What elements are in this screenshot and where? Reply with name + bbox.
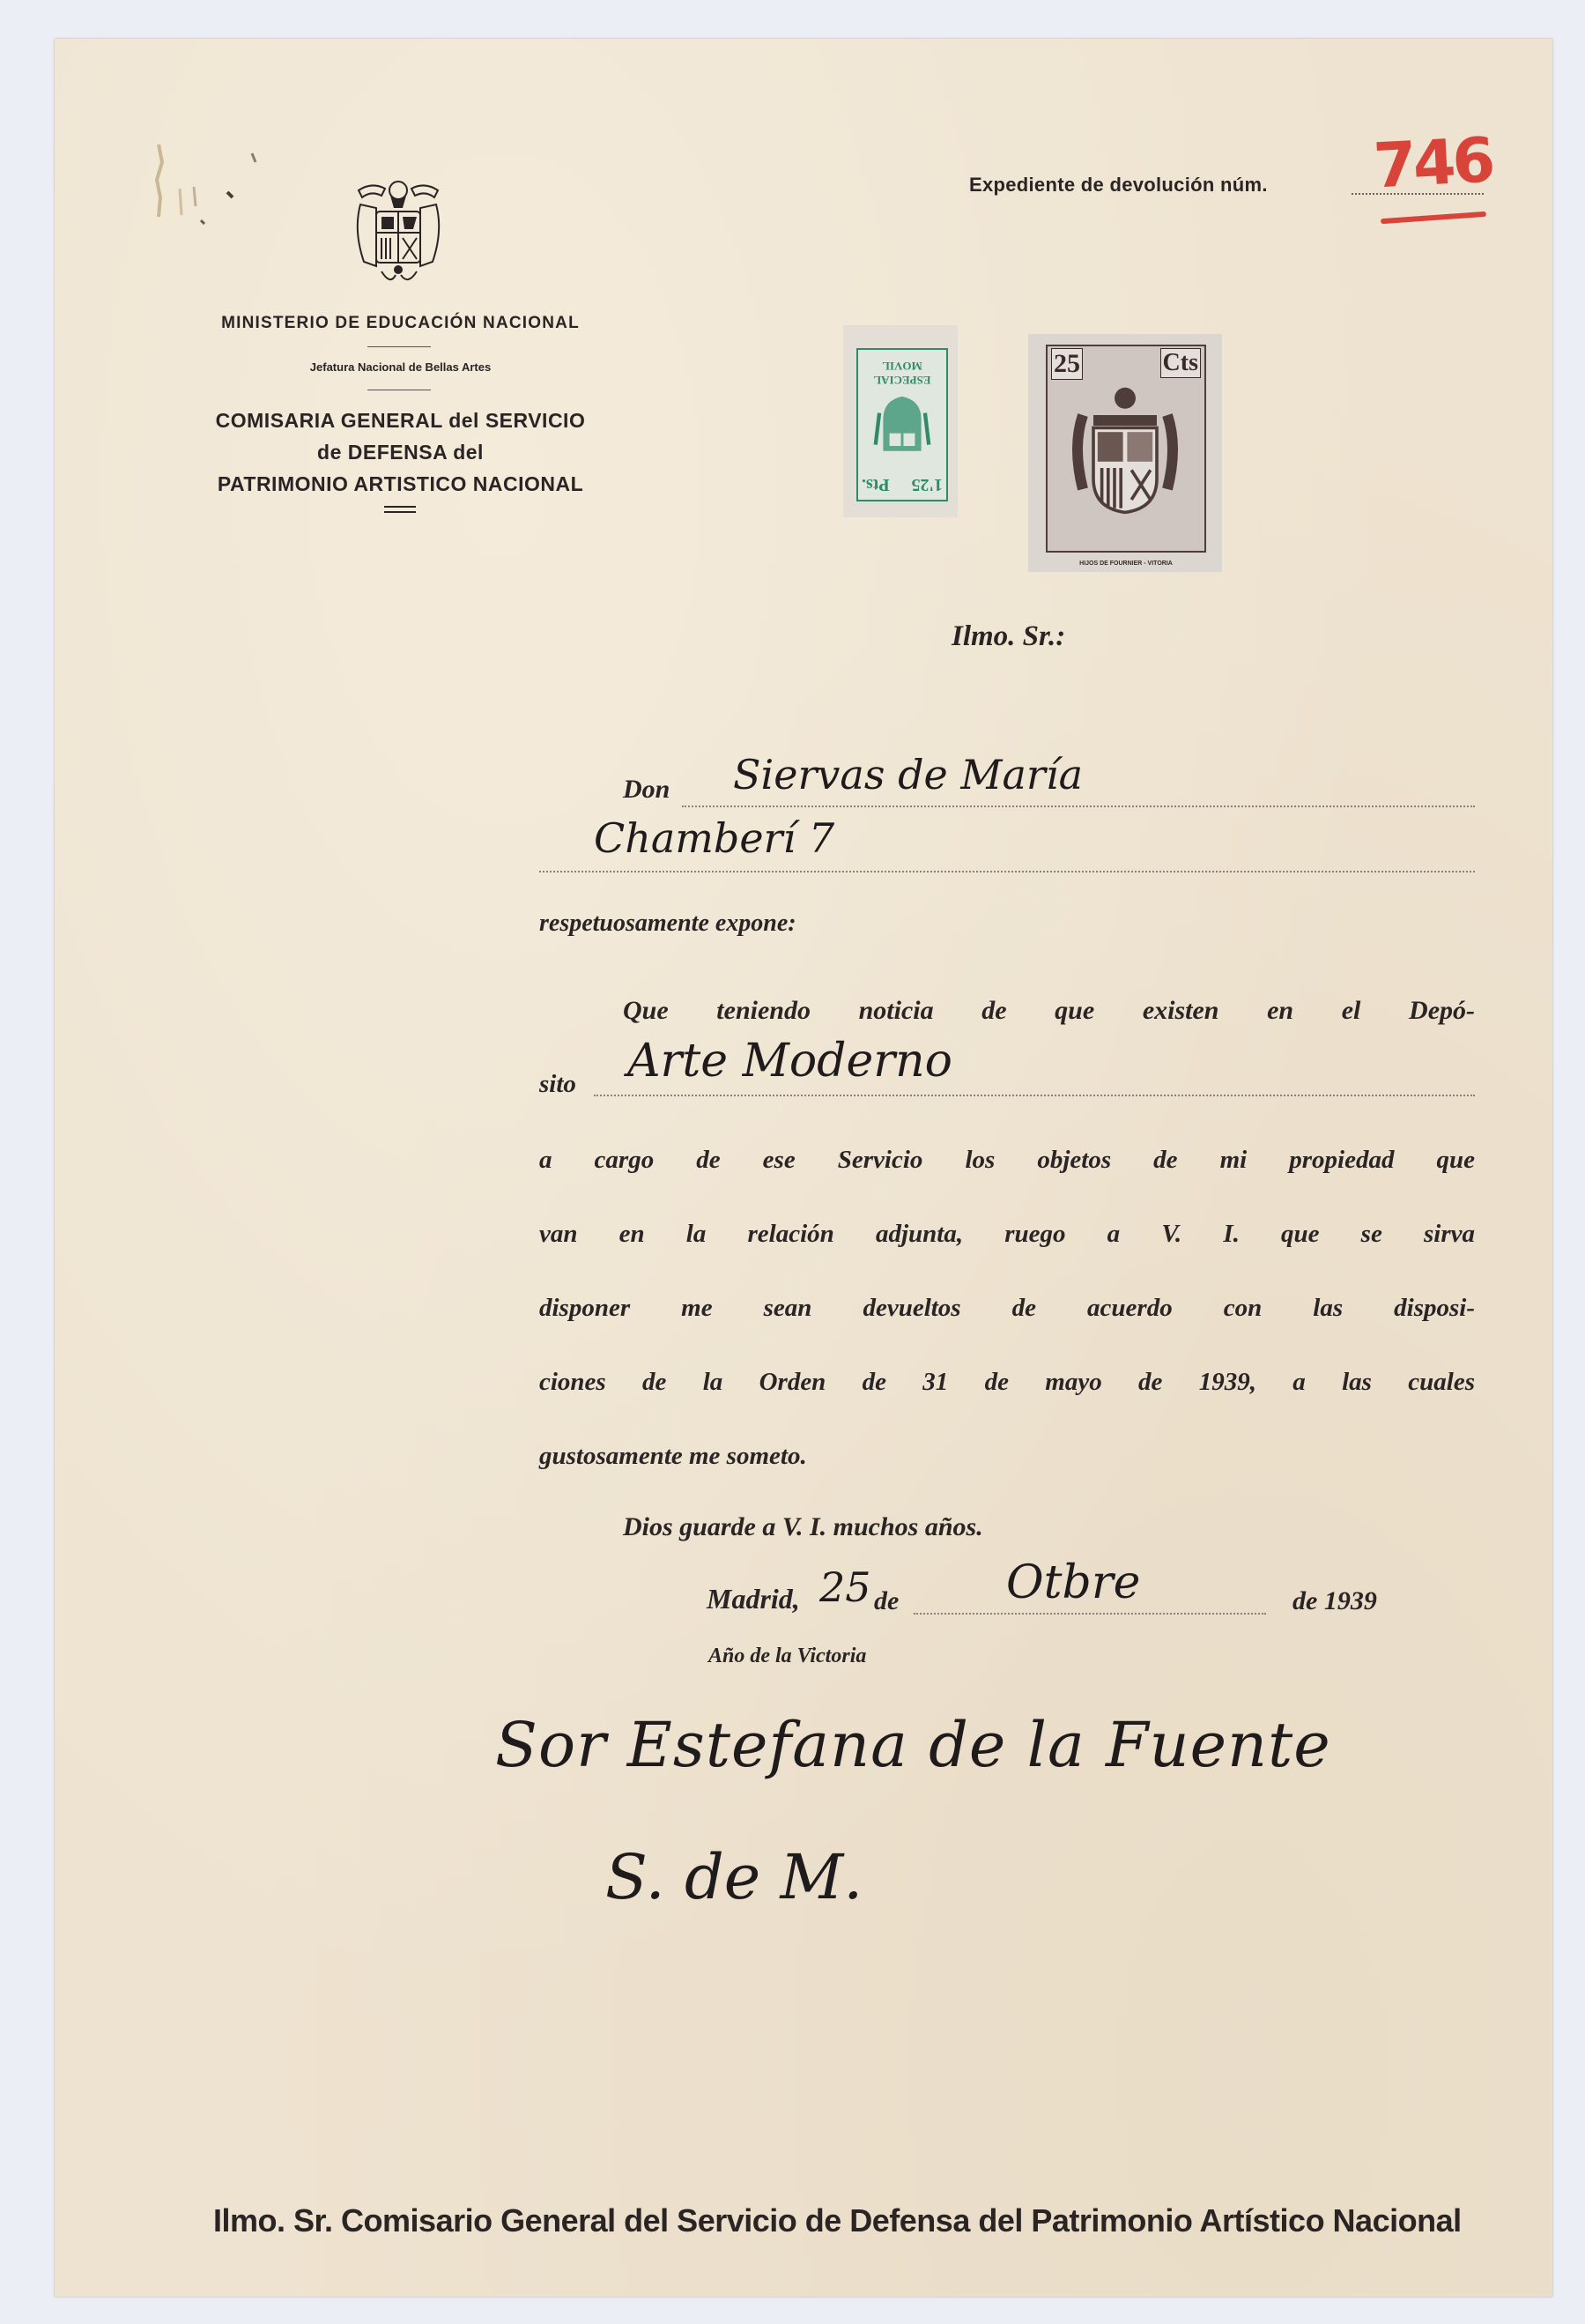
- month-line: [914, 1613, 1266, 1615]
- paragraph-line-5: disponer me sean devueltos de acuerdo co…: [539, 1294, 1475, 1323]
- expediente-number: 746: [1372, 124, 1493, 203]
- stamp-shield-icon: [870, 383, 934, 468]
- divider: [367, 390, 431, 390]
- double-rule: [384, 511, 416, 513]
- addressee-footer: Ilmo. Sr. Comisario General del Servicio…: [213, 2202, 1482, 2239]
- document-page: MINISTERIO DE EDUCACIÓN NACIONAL Jefatur…: [55, 39, 1552, 2297]
- red-underline: [1381, 212, 1486, 224]
- jefatura-name: Jefatura Nacional de Bellas Artes: [213, 360, 588, 374]
- paragraph-line-4: van en la relación adjunta, ruego a V. I…: [539, 1220, 1475, 1249]
- date-year: de 1939: [1292, 1586, 1377, 1616]
- stamp-value: 1'25: [911, 474, 943, 494]
- sender-address-line: [539, 871, 1475, 872]
- date-month: Otbre: [1006, 1556, 1140, 1609]
- salutation: Ilmo. Sr.:: [952, 620, 1065, 653]
- sender-address: Chamberí 7: [594, 814, 834, 862]
- comisaria-line-2: de DEFENSA del: [196, 436, 605, 468]
- expone-label: respetuosamente expone:: [539, 910, 796, 938]
- closing: Dios guarde a V. I. muchos años.: [623, 1512, 983, 1542]
- pencil-marks: [143, 136, 275, 233]
- paragraph-line-6: ciones de la Orden de 31 de mayo de 1939…: [539, 1368, 1475, 1397]
- date-de: de: [874, 1586, 899, 1616]
- date-place: Madrid,: [707, 1583, 800, 1615]
- year-motto: Año de la Victoria: [708, 1645, 866, 1668]
- deposit-name: Arte Moderno: [627, 1035, 952, 1088]
- paragraph-line-7: gustosamente me someto.: [539, 1442, 807, 1471]
- ministry-name: MINISTERIO DE EDUCACIÓN NACIONAL: [213, 314, 588, 333]
- stamp-frame: 1'25 Pts. ESPECIAL MOVIL: [856, 348, 948, 501]
- stamp-frame: 25 Cts HIJOS DE FOURNIER - VITORIA: [1046, 345, 1206, 553]
- paragraph-line-1: Que teniendo noticia de que existen en e…: [623, 996, 1475, 1026]
- brown-revenue-stamp: 25 Cts HIJOS DE FOURNIER - VITORIA: [1028, 334, 1222, 572]
- comisaria-line-1: COMISARIA GENERAL del SERVICIO: [196, 405, 605, 436]
- date-day: 25: [819, 1563, 871, 1611]
- don-label: Don: [623, 775, 670, 805]
- coat-of-arms-eagle-icon: [350, 178, 447, 291]
- deposit-label: sito: [539, 1070, 576, 1099]
- stamp-value: 25: [1051, 348, 1083, 380]
- signature-name: Sor Estefana de la Fuente: [495, 1709, 1331, 1781]
- double-rule: [384, 506, 416, 508]
- expediente-label: Expediente de devolución núm.: [969, 174, 1268, 197]
- deposit-line: [594, 1095, 1475, 1096]
- comisaria-line-3: PATRIMONIO ARTISTICO NACIONAL: [196, 468, 605, 500]
- paragraph-line-3: a cargo de ese Servicio los objetos de m…: [539, 1146, 1475, 1175]
- stamp-shield-icon: [1072, 382, 1178, 523]
- sender-name-line: [682, 806, 1475, 807]
- signature-order: S. de M.: [605, 1841, 863, 1913]
- stamp-printer: HIJOS DE FOURNIER - VITORIA: [1048, 561, 1204, 567]
- stamp-unit: Cts: [1160, 348, 1201, 378]
- divider: [367, 346, 431, 347]
- stamp-unit: Pts.: [862, 474, 890, 494]
- green-revenue-stamp: 1'25 Pts. ESPECIAL MOVIL: [843, 325, 958, 517]
- stamp-title: ESPECIAL MOVIL: [858, 359, 946, 387]
- comisaria-name: COMISARIA GENERAL del SERVICIO de DEFENS…: [196, 405, 605, 500]
- sender-name: Siervas de María: [733, 751, 1083, 798]
